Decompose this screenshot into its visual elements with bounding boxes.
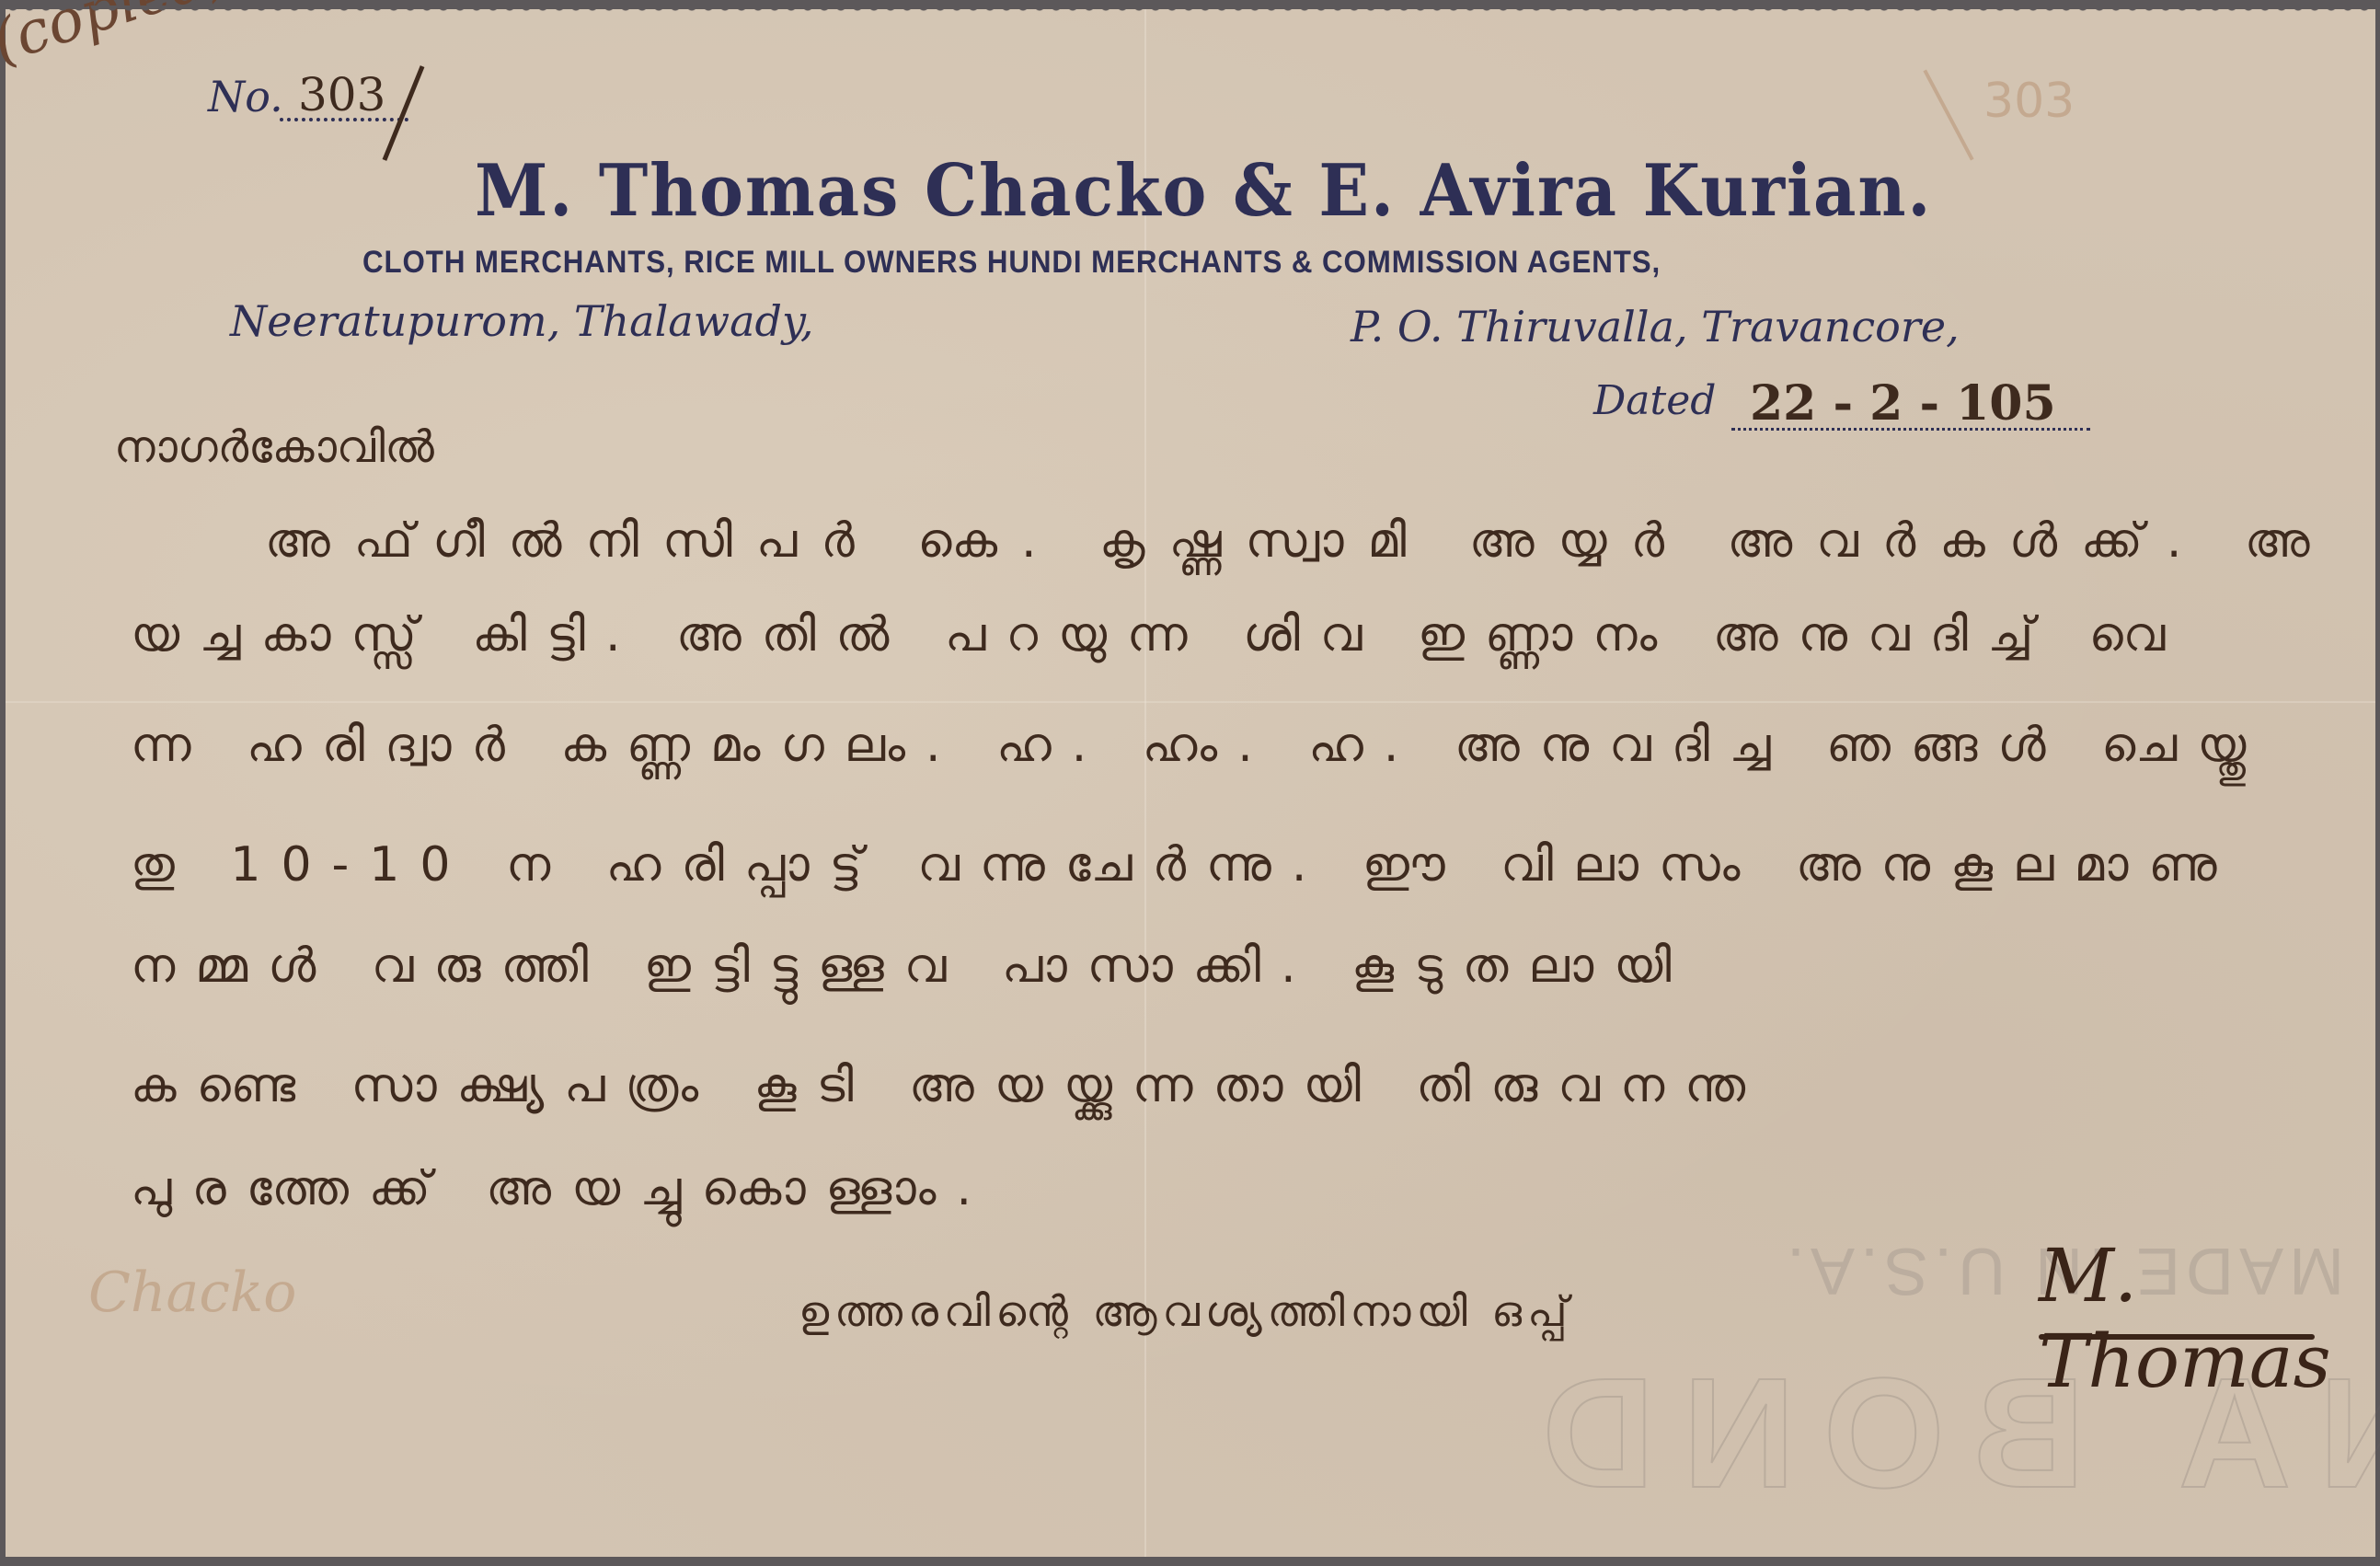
body-line: പുരത്തേക്ക് അയച്ചുകൊള്ളാം. <box>131 1161 992 1217</box>
body-line: യച്ചകാസ്സ് കിട്ടി. അതിൽ പറയുന്ന ശിവ ഇണ്ണ… <box>131 607 2185 663</box>
ghost-number-bleedthrough: 303 <box>1983 74 2075 129</box>
ghost-slash-mark <box>1923 69 1973 160</box>
letterhead-address-left: Neeratupurom, Thalawady, <box>230 296 813 346</box>
body-line: കണ്ടെ സാക്ഷ്യപത്രം കൂടി അയയ്ക്കുന്നതായി … <box>131 1058 1765 1114</box>
dated-value: 22 - 2 - 105 <box>1750 375 2056 432</box>
body-line: നമ്മൾ വരുത്തി ഇട്ടിട്ടുള്ളവ പാസാക്കി. കൂ… <box>131 938 1692 995</box>
perforated-edge <box>6 6 2375 15</box>
body-line: തു 10-10 ന ഹരിപ്പാട്ട് വന്നുചേർന്നു. ഈ വ… <box>131 837 2237 893</box>
body-line: ന്ന ഹരിദ്വാർ കണ്ണമംഗലം. ഹ. ഹം. ഹ. അനുവദി… <box>131 718 2266 774</box>
letterhead-address-right: P. O. Thiruvalla, Travancore, <box>1351 302 1960 351</box>
addressee-line: നാഗർകോവിൽ <box>114 421 434 474</box>
signature: M. Thomas <box>2039 1233 2375 1404</box>
letterhead-title: M. Thomas Chacko & E. Avira Kurian. <box>475 149 1932 233</box>
closing-line: ഉത്തരവിന്റെ ആവശ്യത്തിനായി ഒപ്പ് <box>799 1286 1573 1338</box>
letterhead-subtitle: CLOTH MERCHANTS, RICE MILL OWNERS HUNDI … <box>362 245 1661 281</box>
fold-crease-horizontal <box>6 701 2375 703</box>
signature-underline <box>2039 1334 2315 1340</box>
ghost-signature-bleedthrough: Chacko <box>88 1261 296 1325</box>
document-number-value: 303 <box>298 68 385 121</box>
letter-paper: MADE IN U.S.A. NA BOND 303 Chacko No. 30… <box>6 9 2375 1557</box>
slash-mark <box>383 65 425 161</box>
document-number-label: No. <box>208 72 283 121</box>
dated-label: Dated <box>1593 377 1716 424</box>
body-line: അഫ്ഗീൽനിസിപർ കെ. കൃഷ്ണസ്വാമി അയ്യർ അവർകൾ… <box>265 513 2334 570</box>
